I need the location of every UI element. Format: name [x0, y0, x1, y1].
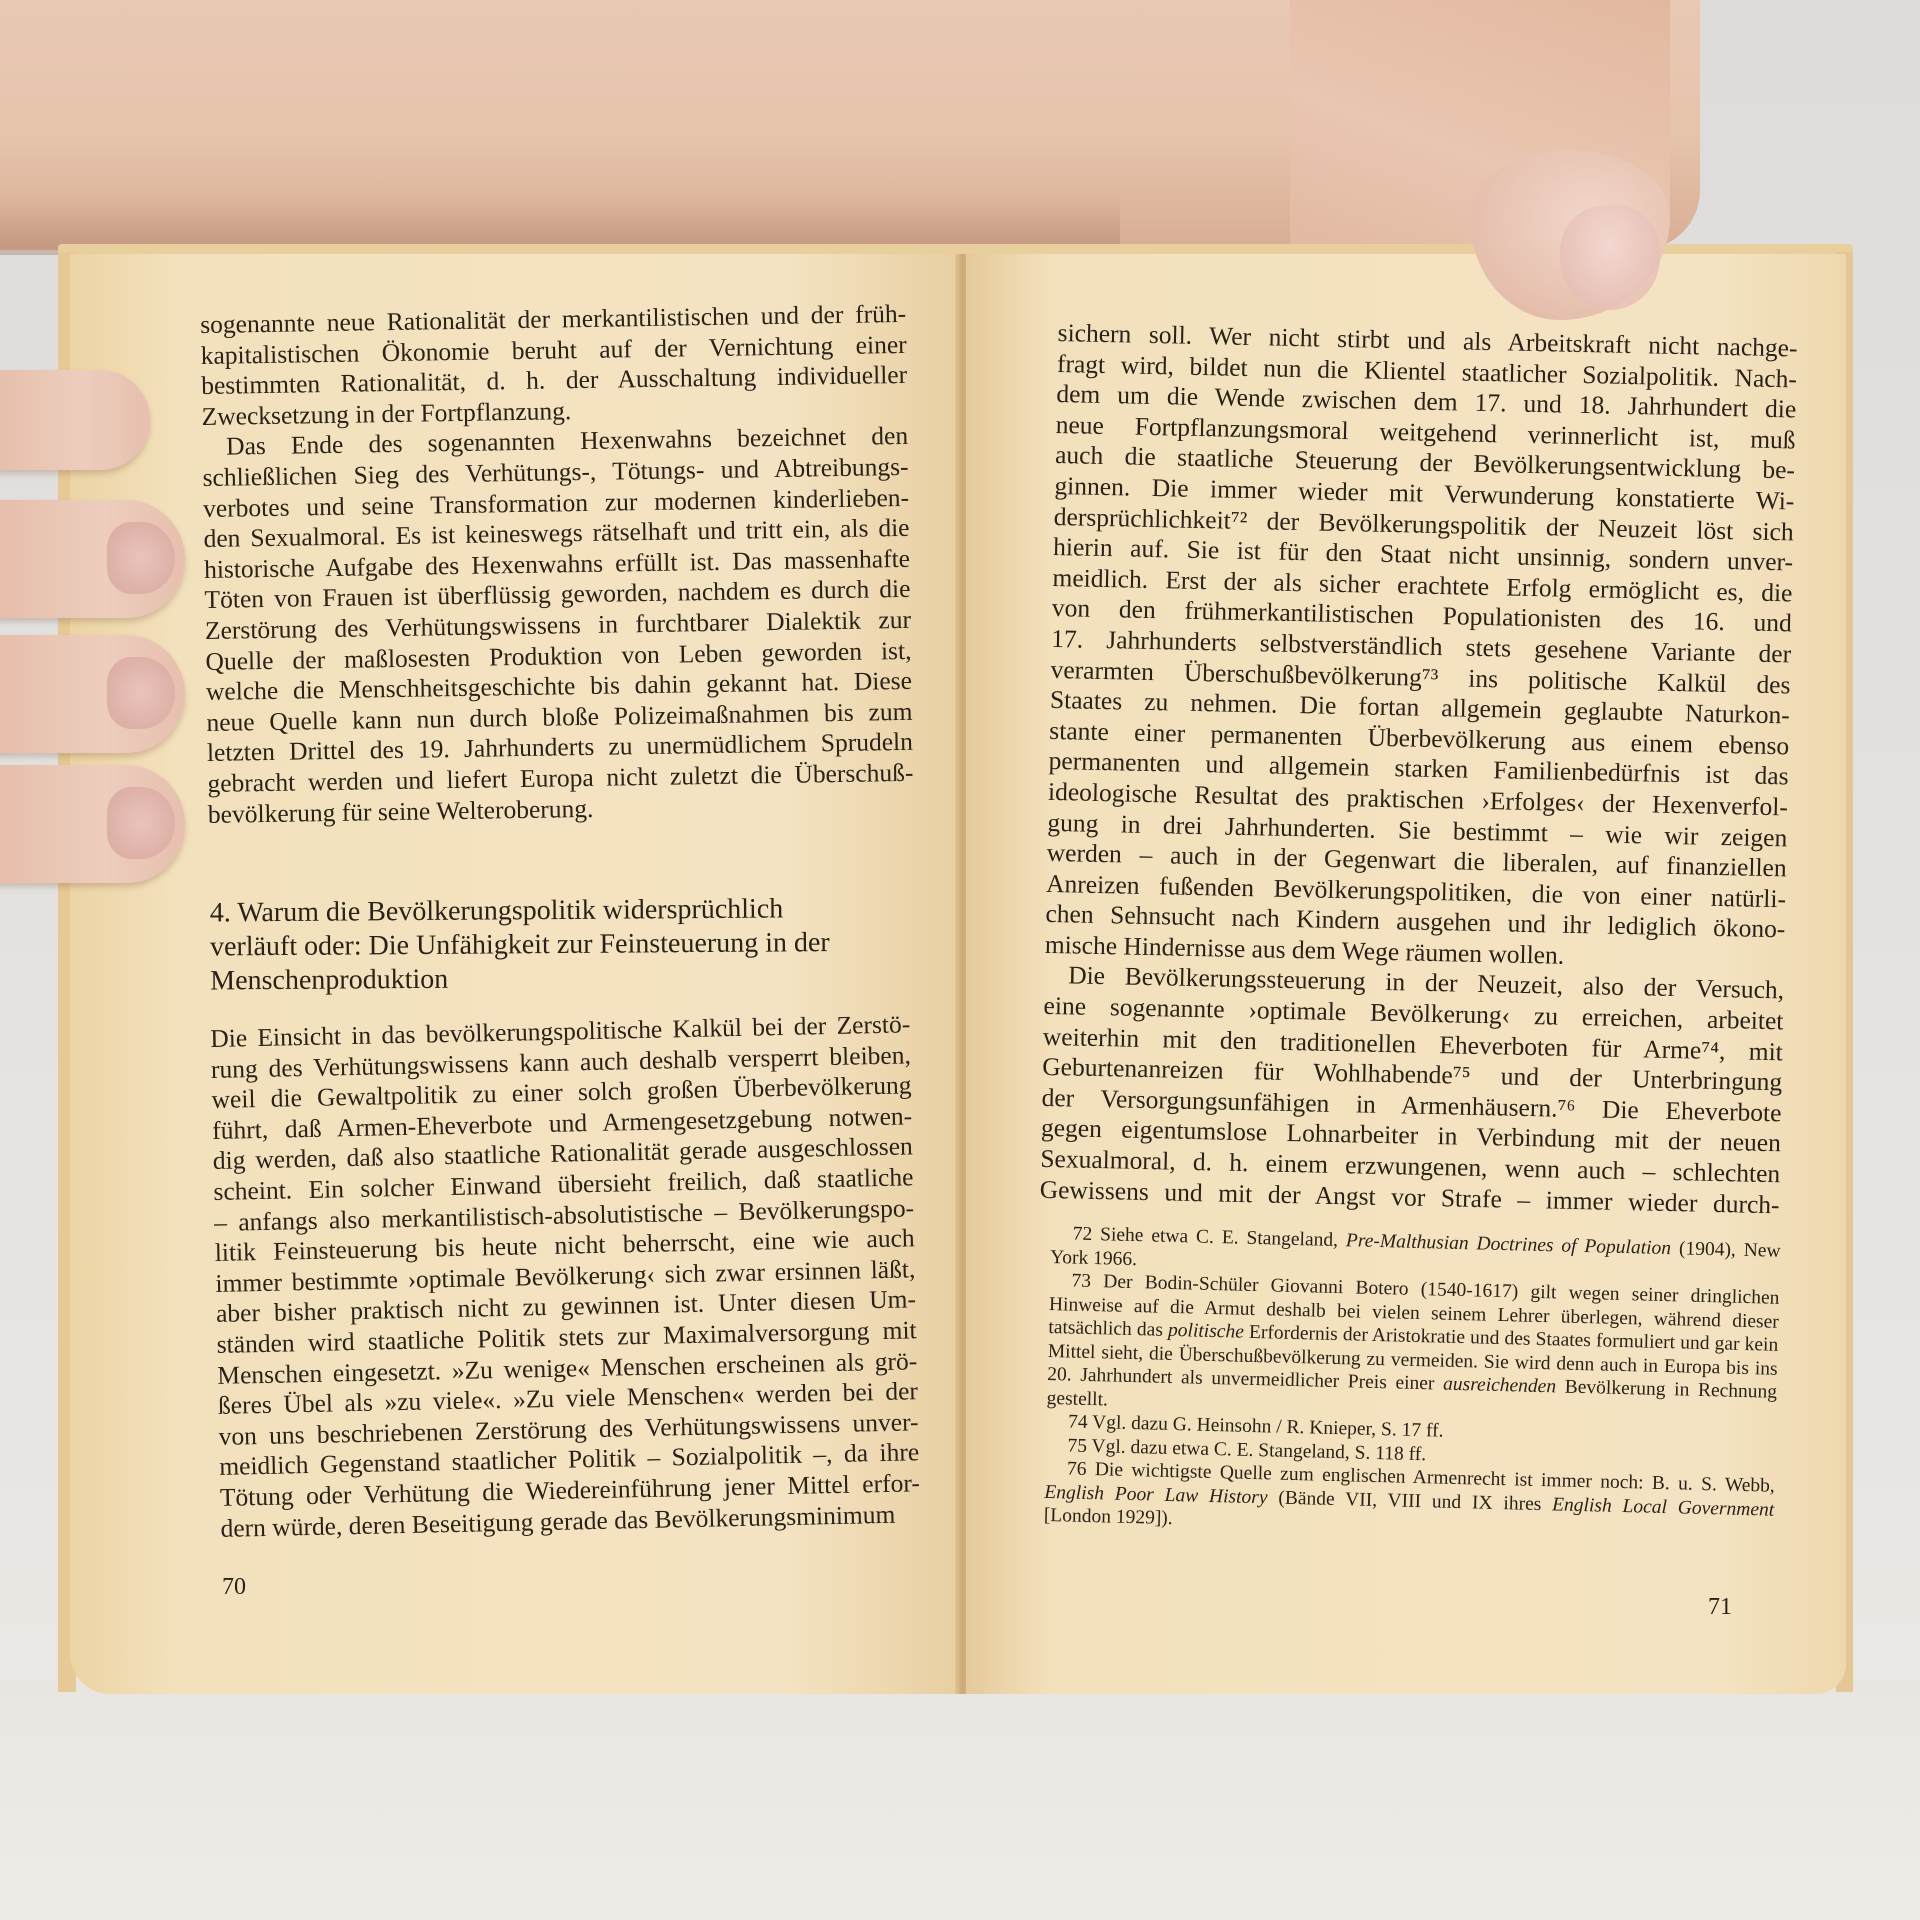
open-book: sogenannte neue Rationalität der merkant… — [58, 244, 1853, 1704]
table-surface — [0, 1680, 1920, 1920]
left-hand — [0, 370, 195, 940]
footnote-number: 75 — [1045, 1434, 1092, 1456]
paragraph: Die Bevölkerungssteuerung in der Neuzeit… — [1039, 960, 1784, 1220]
paragraph: Das Ende des sogenannten Hexenwahns beze… — [202, 421, 914, 830]
footnote-title: Pre-Malthusian Doctrines of Population — [1346, 1230, 1672, 1259]
right-page-body-text: sichern soll. Wer nicht stirbt und als A… — [1039, 318, 1797, 1221]
footnote-text: Siehe etwa C. E. Stangeland, — [1100, 1224, 1346, 1251]
left-finger-1 — [0, 370, 150, 470]
section-heading: 4. Warum die Bevölkerungspolitik widersp… — [210, 892, 911, 999]
left-finger-4 — [0, 765, 185, 883]
left-page-body-text: Die Einsicht in das bevölkerungspolitisc… — [210, 1009, 921, 1544]
photo-scene: sogenannte neue Rationalität der merkant… — [0, 0, 1920, 1920]
footnote-text: (Bände VII, VIII und IX ihres — [1267, 1487, 1552, 1515]
page-right: sichern soll. Wer nicht stirbt und als A… — [966, 254, 1846, 1694]
footnote-number: 76 — [1045, 1458, 1095, 1480]
fingernail — [107, 787, 175, 859]
page-number-right: 71 — [1708, 1594, 1732, 1621]
footnote-number: 74 — [1046, 1411, 1093, 1433]
left-page-top-text: sogenannte neue Rationalität der merkant… — [200, 299, 914, 830]
footnote-title: English Local Government — [1552, 1494, 1775, 1520]
footnote-text: [London 1929]). — [1044, 1505, 1173, 1529]
footnote-title: politische — [1168, 1320, 1244, 1343]
page-number-left: 70 — [222, 1574, 246, 1601]
footnote-title: ausreichenden — [1443, 1374, 1556, 1398]
paragraph: sogenannte neue Rationalität der merkant… — [200, 299, 908, 432]
footnote-number: 72 — [1050, 1223, 1100, 1245]
footnote-title: English Poor Law History — [1044, 1481, 1268, 1507]
page-left: sogenannte neue Rationalität der merkant… — [70, 254, 960, 1694]
left-finger-3 — [0, 635, 185, 753]
footnote-73: 73 Der Bodin-Schüler Giovanni Botero (15… — [1046, 1269, 1779, 1428]
heading-line: Menschenproduktion — [210, 960, 910, 999]
heading-line: verläuft oder: Die Unfähigkeit zur Feins… — [210, 926, 910, 965]
footnote-number: 73 — [1049, 1270, 1103, 1292]
heading-line: 4. Warum die Bevölkerungspolitik widersp… — [210, 892, 910, 931]
fingernail — [107, 657, 175, 729]
footnotes: 72 Siehe etwa C. E. Stangeland, Pre-Malt… — [1044, 1222, 1781, 1545]
fingernail — [107, 522, 175, 594]
left-finger-2 — [0, 500, 185, 618]
right-thumbnail — [1560, 205, 1660, 310]
paragraph: sichern soll. Wer nicht stirbt und als A… — [1045, 318, 1798, 976]
